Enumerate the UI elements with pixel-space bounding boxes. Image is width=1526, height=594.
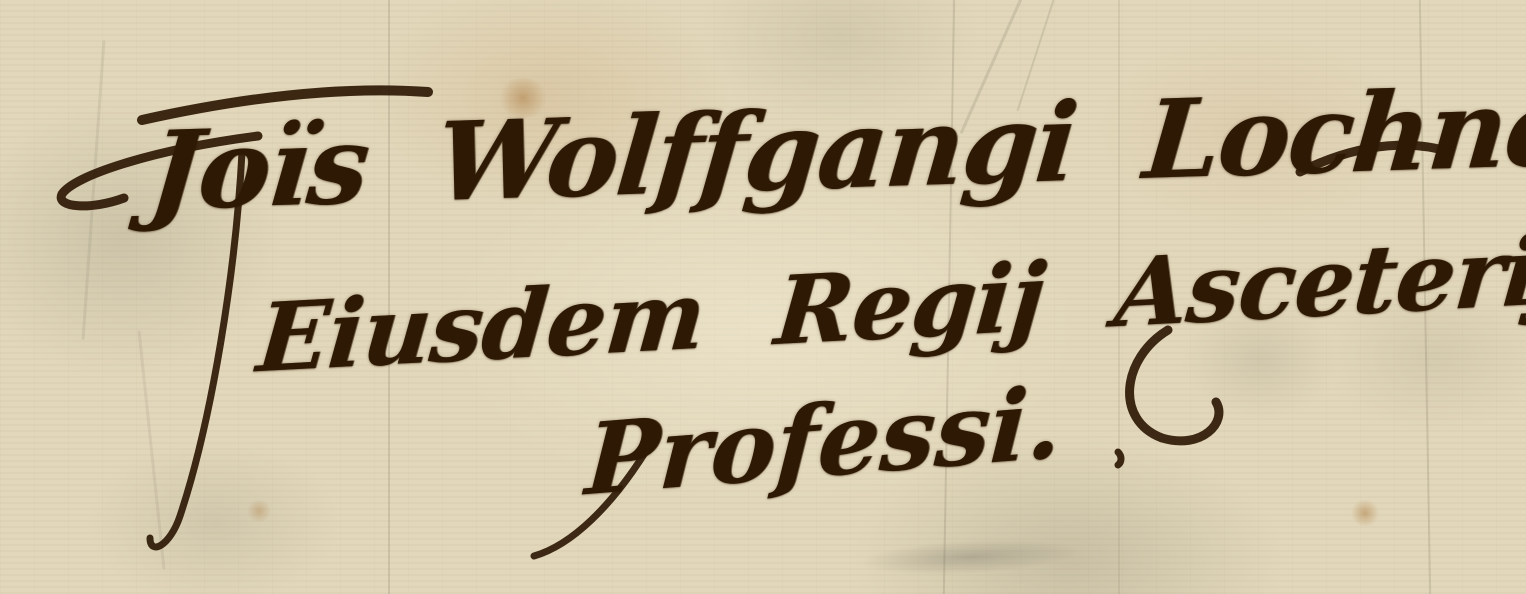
foxing-stain <box>1350 500 1380 526</box>
line-1-text: Joïs Wolffgangi Lochner <box>144 62 1526 235</box>
show-through-mark <box>82 40 106 339</box>
line-3-text: Professi. <box>582 365 1065 518</box>
manuscript-line-3: Professi. <box>583 374 1064 510</box>
manuscript-page: Joïs Wolffgangi Lochner Eiusdem Regij As… <box>0 0 1526 594</box>
show-through-smudge <box>859 534 1080 579</box>
show-through-mark <box>137 331 165 570</box>
manuscript-line-1: Joïs Wolffgangi Lochner <box>145 71 1526 226</box>
foxing-stain <box>246 500 272 522</box>
